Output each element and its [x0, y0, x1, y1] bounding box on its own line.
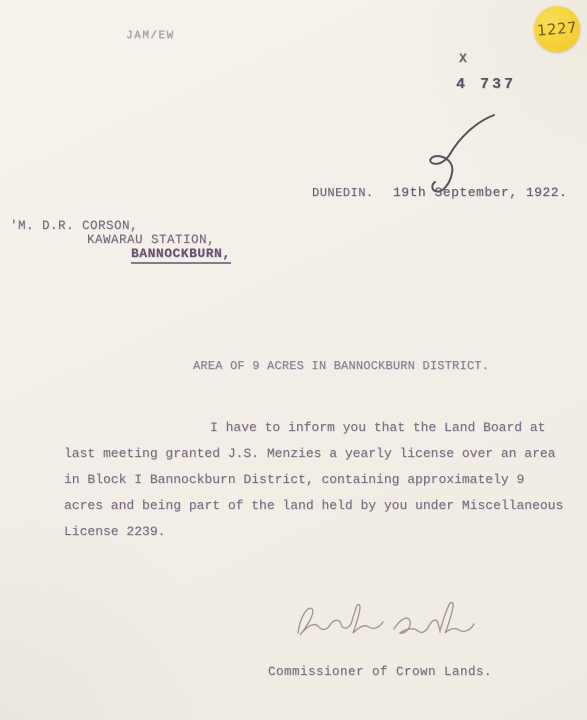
body-line: last meeting granted J.S. Menzies a year…: [64, 441, 564, 467]
recipient-address-line1: KAWARAU STATION,: [87, 233, 215, 247]
body-paragraph: I have to inform you that the Land Board…: [64, 415, 564, 545]
file-number: 4 737: [456, 76, 516, 93]
sticker-number: 1227: [536, 18, 578, 39]
subject-line: AREA OF 9 ACRES IN BANNOCKBURN DISTRICT.: [193, 359, 489, 373]
body-line: I have to inform you that the Land Board…: [64, 415, 564, 441]
recipient-address-line2: BANNOCKBURN,: [131, 246, 231, 264]
dateline-place: DUNEDIN.: [312, 186, 374, 200]
body-line: acres and being part of the land held by…: [64, 493, 564, 519]
page-number-sticker: 1227: [533, 5, 581, 53]
letter-page: 1227 JAM/EW X 4 737 DUNEDIN. 19th Septem…: [0, 0, 587, 720]
recipient-name: 'M. D.R. CORSON,: [10, 219, 138, 233]
dateline-date: 19th September, 1922.: [393, 185, 567, 200]
file-mark: X: [459, 51, 467, 66]
body-line: in Block I Bannockburn District, contain…: [64, 467, 564, 493]
body-line: License 2239.: [64, 519, 564, 545]
signoff-title: Commissioner of Crown Lands.: [268, 665, 492, 679]
typist-initials: JAM/EW: [126, 30, 175, 42]
signature-icon: [288, 593, 483, 651]
